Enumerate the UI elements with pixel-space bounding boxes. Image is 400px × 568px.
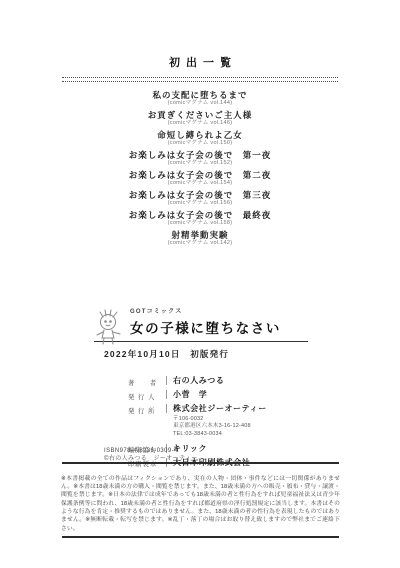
publisher-address: 〒106-0032 東京都港区六本木3-16-12-408 TEL:03-384…: [173, 416, 267, 439]
publisher-name: 株式会社ジーオーティー: [173, 404, 267, 413]
work-title: お楽しみは女子会の後で 第三夜: [60, 191, 340, 200]
work-title: 射精挙動実験: [60, 231, 340, 240]
list-item: 私の支配に堕ちるまで (comicマグナム vol.144): [60, 91, 340, 107]
work-source: (comicマグナム vol.150): [60, 141, 340, 147]
list-item: お貢ぎくださいご主人様 (comicマグナム vol.146): [60, 111, 340, 127]
work-title: お貢ぎくださいご主人様: [60, 111, 340, 120]
list-item: 命短し縛られよ乙女 (comicマグナム vol.150): [60, 131, 340, 147]
title-underline: [94, 341, 308, 342]
work-source: (comicマグナム vol.144): [60, 101, 340, 107]
credit-label: 著 者: [128, 376, 164, 387]
list-item: お楽しみは女子会の後で 第三夜 (comicマグナム vol.156): [60, 191, 340, 207]
work-title: お楽しみは女子会の後で 第二夜: [60, 171, 340, 180]
work-title: 私の支配に堕ちるまで: [60, 91, 340, 100]
isbn-block: ISBN978-4-8236-0309-4 ©右の人みつる ジーオーティー: [104, 447, 198, 463]
series-label: GOTコミックス: [130, 306, 308, 315]
work-source: (comicマグナム vol.142): [60, 241, 340, 247]
edition-date: 2022年10月10日 初版発行: [104, 348, 308, 360]
list-item: お楽しみは女子会の後で 第一夜 (comicマグナム vol.152): [60, 151, 340, 167]
work-source: (comicマグナム vol.154): [60, 181, 340, 187]
work-source: (comicマグナム vol.158): [60, 221, 340, 227]
work-source: (comicマグナム vol.146): [60, 121, 340, 127]
credit-value: 右の人みつる: [173, 376, 224, 385]
credit-value: 小菅 学: [173, 390, 207, 399]
credit-row-publisher-person: 発 行 人 小菅 学: [128, 390, 338, 401]
work-source: (comicマグナム vol.152): [60, 161, 340, 167]
work-title: お楽しみは女子会の後で 第一夜: [60, 151, 340, 160]
phone-number: TEL:03-3843-0034: [173, 431, 267, 439]
address-line: 東京都港区六本木3-16-12-408: [173, 423, 267, 431]
first-publication-heading: 初出一覧: [66, 54, 340, 70]
credit-row-author: 著 者 右の人みつる: [128, 376, 338, 387]
list-item: お楽しみは女子会の後で 最終夜 (comicマグナム vol.158): [60, 211, 340, 227]
list-item: 射精挙動実験 (comicマグナム vol.142): [60, 231, 340, 247]
credit-label: 発 行 所: [128, 404, 164, 415]
credit-row-publisher-company: 発 行 所 株式会社ジーオーティー 〒106-0032 東京都港区六本木3-16…: [128, 404, 338, 438]
credit-value: 株式会社ジーオーティー 〒106-0032 東京都港区六本木3-16-12-40…: [173, 404, 267, 438]
postal-code: 〒106-0032: [173, 416, 267, 424]
disclaimer-text: ※本書掲載の全ての作品はフィクションであり、実在の人物・団体・事件などには一切関…: [61, 475, 340, 533]
colophon-page: 初出一覧 私の支配に堕ちるまで (comicマグナム vol.144) お貢ぎく…: [0, 0, 400, 568]
dotted-divider: [62, 77, 338, 82]
divider: [166, 390, 167, 399]
divider: [166, 376, 167, 385]
book-title: 女の子様に堕ちなさい: [130, 317, 308, 337]
list-item: お楽しみは女子会の後で 第二夜 (comicマグナム vol.154): [60, 171, 340, 187]
credit-label: 発 行 人: [128, 390, 164, 401]
disclaimer-rule-bottom: [62, 536, 339, 538]
divider: [166, 404, 167, 413]
mascot-doodle-icon: [94, 308, 124, 350]
work-source: (comicマグナム vol.156): [60, 201, 340, 207]
disclaimer-rule-top: [62, 462, 339, 464]
isbn-number: ISBN978-4-8236-0309-4: [104, 447, 198, 455]
colophon-title-block: GOTコミックス 女の子様に堕ちなさい 2022年10月10日 初版発行: [94, 306, 308, 360]
first-publication-section: 初出一覧 私の支配に堕ちるまで (comicマグナム vol.144) お貢ぎく…: [60, 54, 340, 251]
work-title: お楽しみは女子会の後で 最終夜: [60, 211, 340, 220]
work-title: 命短し縛られよ乙女: [60, 131, 340, 140]
